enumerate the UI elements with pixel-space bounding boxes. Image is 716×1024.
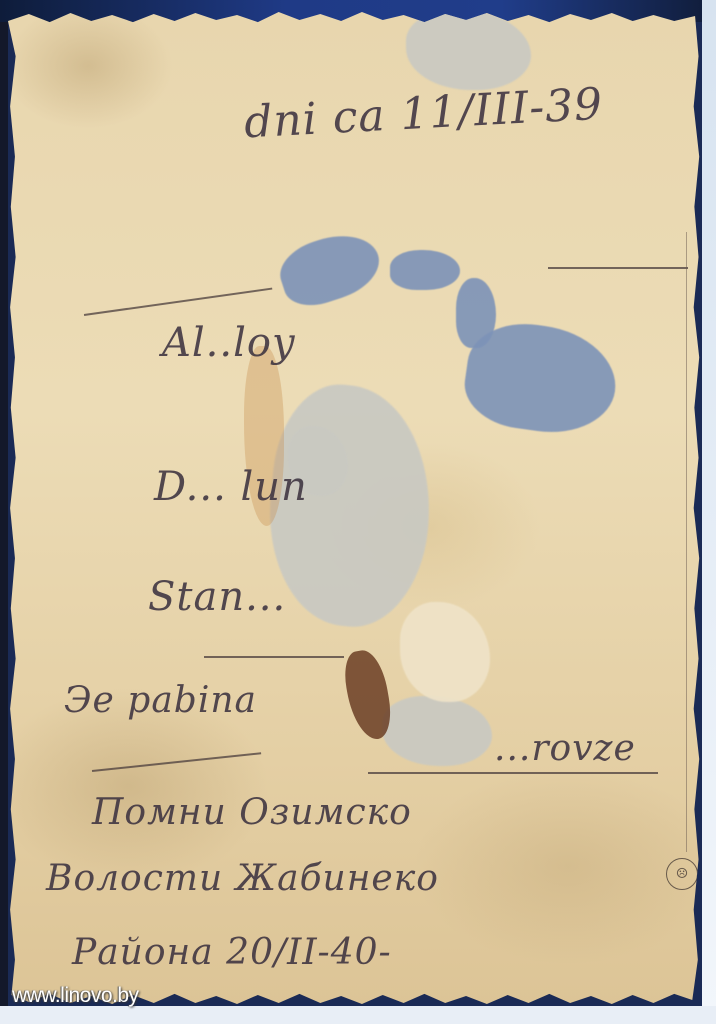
site-watermark: www.linovo.by <box>12 984 139 1008</box>
inscription-line-7: Волости Жабинеко <box>46 858 439 899</box>
blue-stain-left <box>273 224 387 314</box>
scan-background-bottom <box>0 1006 716 1024</box>
torn-paper-patch-top <box>406 10 531 90</box>
scan-background-left <box>0 0 8 1024</box>
ruled-line-1 <box>84 288 272 316</box>
inscription-date-line: dni ca 11/III-39 <box>243 79 604 149</box>
inscription-line-8: Района 20/II-40- <box>72 932 392 973</box>
light-patch-lower <box>400 602 490 702</box>
scan-background-right <box>702 0 716 1024</box>
rust-stain <box>340 647 395 743</box>
blue-stain-middle <box>390 250 460 290</box>
inscription-line-2: Al..loy <box>162 320 296 366</box>
blue-stain-connector <box>456 278 496 348</box>
inscription-line-4: Stan... <box>148 574 286 620</box>
inscription-line-5-left: Эe pabina <box>64 680 257 721</box>
ruled-line-2 <box>548 267 688 269</box>
inscription-line-6: Помни Озимско <box>92 792 412 833</box>
ruled-line-3 <box>204 656 344 658</box>
inscription-line-3: D... lun <box>154 464 308 510</box>
postcard-back: dni ca 11/III-39 Al..loy D... lun Stan..… <box>8 6 702 1010</box>
ruled-line-5 <box>368 772 658 774</box>
torn-paper-patch-lower <box>382 696 492 766</box>
vertical-rule <box>686 232 687 852</box>
stamp-glyph: ☹ <box>676 866 689 882</box>
face-emblem-icon: ☹ <box>666 858 698 890</box>
inscription-line-5-right: ...rovze <box>494 728 636 769</box>
ruled-line-4 <box>92 752 261 771</box>
